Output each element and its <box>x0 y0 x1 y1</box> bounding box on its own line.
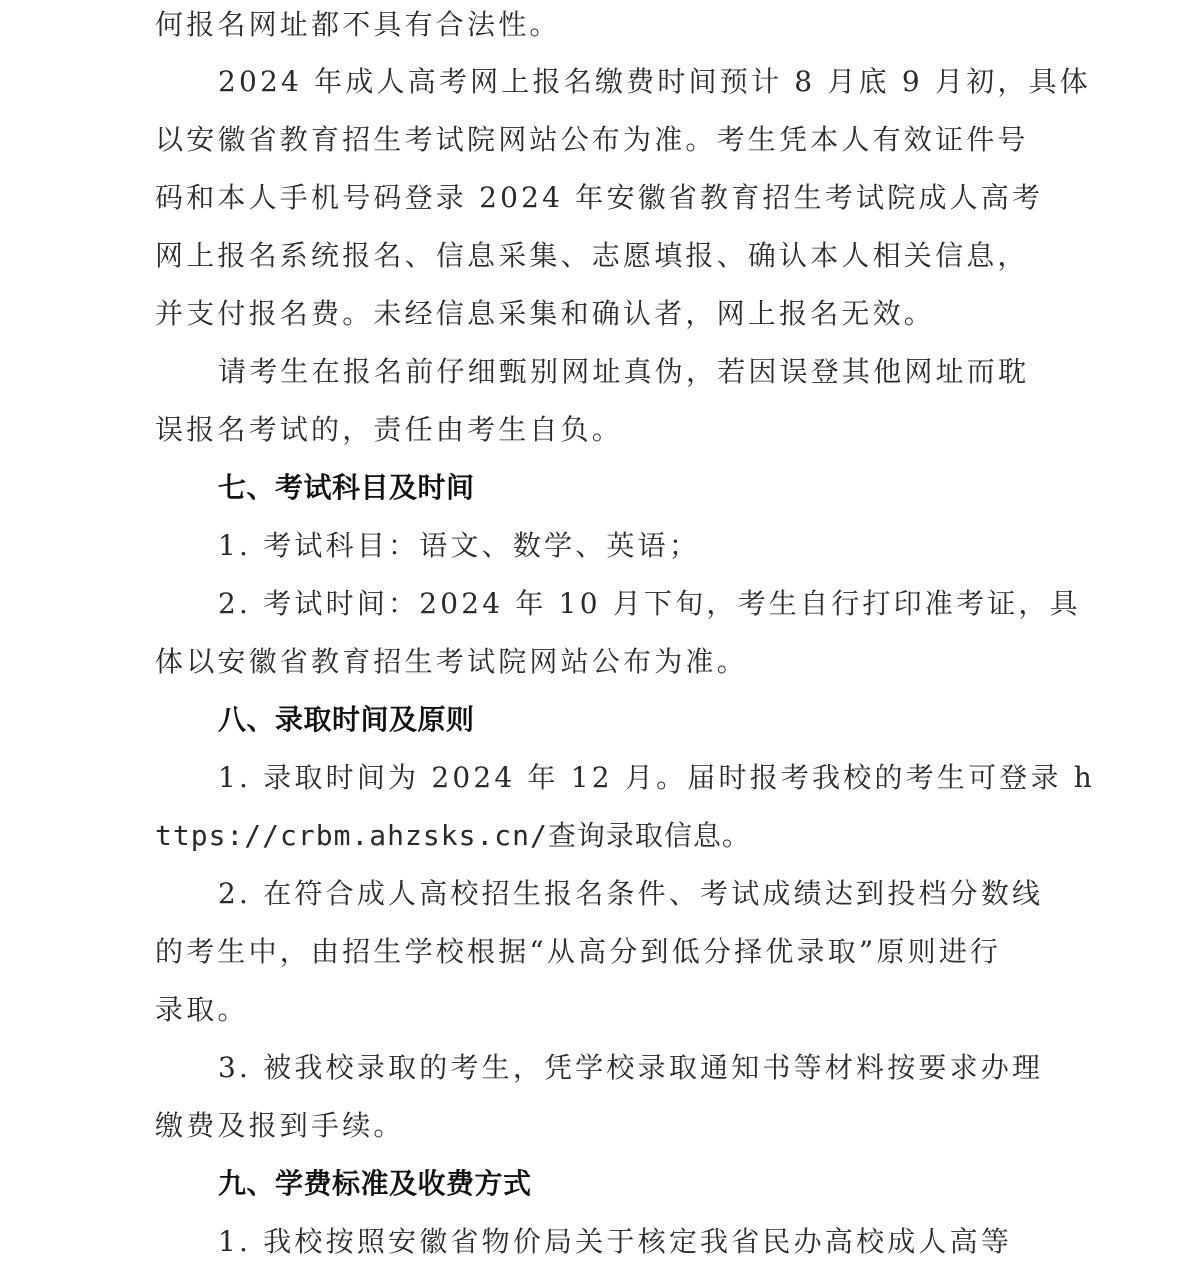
list-item: 1. 我校按照安徽省物价局关于核定我省民办高校成人高等 <box>218 1213 1012 1271</box>
list-item: 3. 被我校录取的考生，凭学校录取通知书等材料按要求办理 <box>218 1039 1043 1097</box>
list-item-continuation: 缴费及报到手续。 <box>155 1097 405 1155</box>
paragraph-line: 并支付报名费。未经信息采集和确认者，网上报名无效。 <box>155 285 935 343</box>
list-item: 2. 在符合成人高校招生报名条件、考试成绩达到投档分数线 <box>218 865 1043 923</box>
paragraph-line: 误报名考试的，责任由考生自负。 <box>155 401 623 459</box>
list-item: 1. 考试科目：语文、数学、英语； <box>218 517 700 575</box>
section-heading-admission: 八、录取时间及原则 <box>218 691 475 749</box>
paragraph-line: 何报名网址都不具有合法性。 <box>155 0 561 54</box>
list-item-continuation: 录取。 <box>155 981 249 1039</box>
paragraph-line: 请考生在报名前仔细甄别网址真伪，若因误登其他网址而耽 <box>218 343 1029 401</box>
list-item: 2. 考试时间：2024 年 10 月下旬，考生自行打印准考证，具 <box>218 575 1081 633</box>
section-heading-exam-subjects: 七、考试科目及时间 <box>218 459 475 517</box>
paragraph-line: 以安徽省教育招生考试院网站公布为准。考生凭本人有效证件号 <box>155 111 1029 169</box>
paragraph-line: 网上报名系统报名、信息采集、志愿填报、确认本人相关信息， <box>155 227 1029 285</box>
list-item-continuation: 体以安徽省教育招生考试院网站公布为准。 <box>155 633 748 691</box>
paragraph-line: 码和本人手机号码登录 2024 年安徽省教育招生考试院成人高考 <box>155 169 1043 227</box>
admission-query-link[interactable]: ttps://crbm.ahzsks.cn/查询录取信息。 <box>155 807 751 865</box>
section-heading-tuition: 九、学费标准及收费方式 <box>218 1155 532 1213</box>
list-item-continuation: 的考生中，由招生学校根据“从高分到低分择优录取”原则进行 <box>155 923 1001 981</box>
paragraph-line: 2024 年成人高考网上报名缴费时间预计 8 月底 9 月初，具体 <box>218 53 1091 111</box>
list-item: 1. 录取时间为 2024 年 12 月。届时报考我校的考生可登录 h <box>218 749 1095 807</box>
